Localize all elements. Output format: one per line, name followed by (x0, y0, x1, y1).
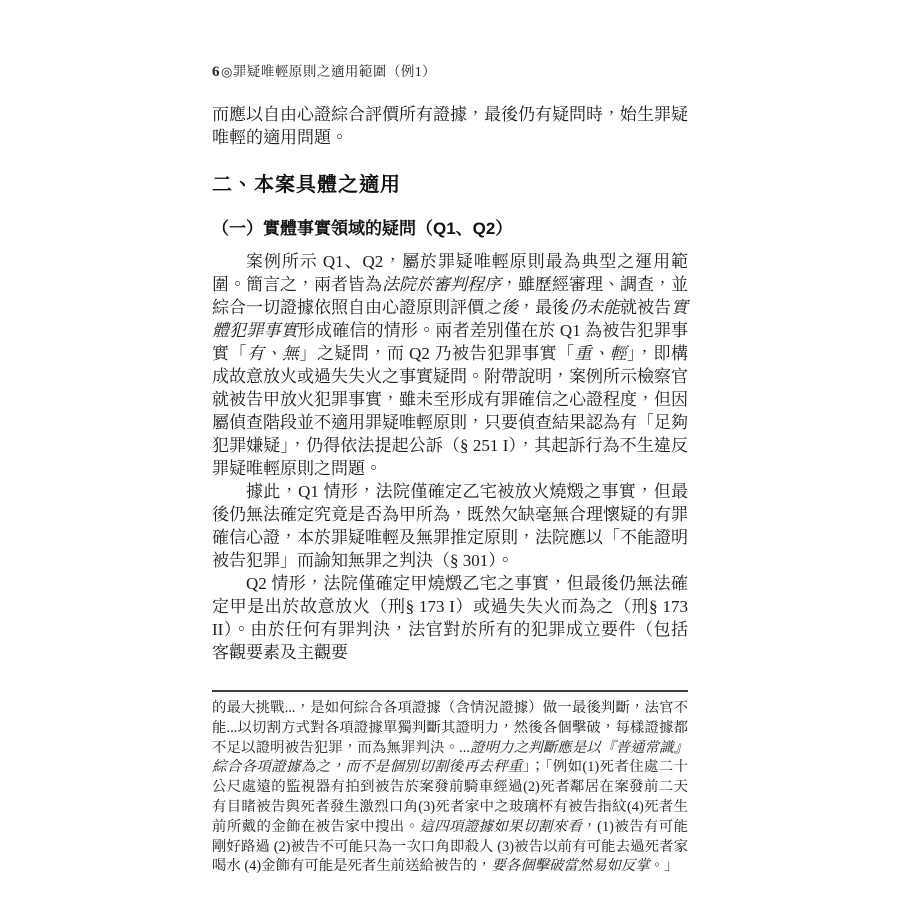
section-heading: 二、本案具體之適用 (212, 173, 688, 197)
paragraph-main-3: Q2 情形，法院僅確定甲燒燬乙宅之事實，但最後仍無法確定甲是出於故意放火（刑§ … (212, 572, 688, 664)
footnote-text: 的最大挑戰...，是如何綜合各項證據（含情況證據）做一最後判斷，法官不能...以… (212, 699, 688, 877)
page-number: 6 (212, 64, 220, 80)
circle-marker-icon: ◎ (221, 64, 233, 79)
running-title: 罪疑唯輕原則之適用範圍（例1） (233, 64, 436, 79)
paragraph-main-1: 案例所示 Q1、Q2，屬於罪疑唯輕原則最為典型之運用範圍。簡言之，兩者皆為法院於… (212, 250, 688, 480)
subsection-heading: （一）實體事實領域的疑問（Q1、Q2） (212, 217, 688, 241)
book-page-column: 6◎罪疑唯輕原則之適用範圍（例1） 而應以自由心證綜合評價所有證據，最後仍有疑問… (212, 62, 688, 877)
paragraph-intro: 而應以自由心證綜合評價所有證據，最後仍有疑問時，始生罪疑唯輕的適用問題。 (212, 103, 688, 149)
paragraph-main-2: 據此，Q1 情形，法院僅確定乙宅被放火燒燬之事實，但最後仍無法確定究竟是否為甲所… (212, 480, 688, 572)
running-head: 6◎罪疑唯輕原則之適用範圍（例1） (212, 62, 688, 82)
footnote-divider (212, 690, 688, 692)
